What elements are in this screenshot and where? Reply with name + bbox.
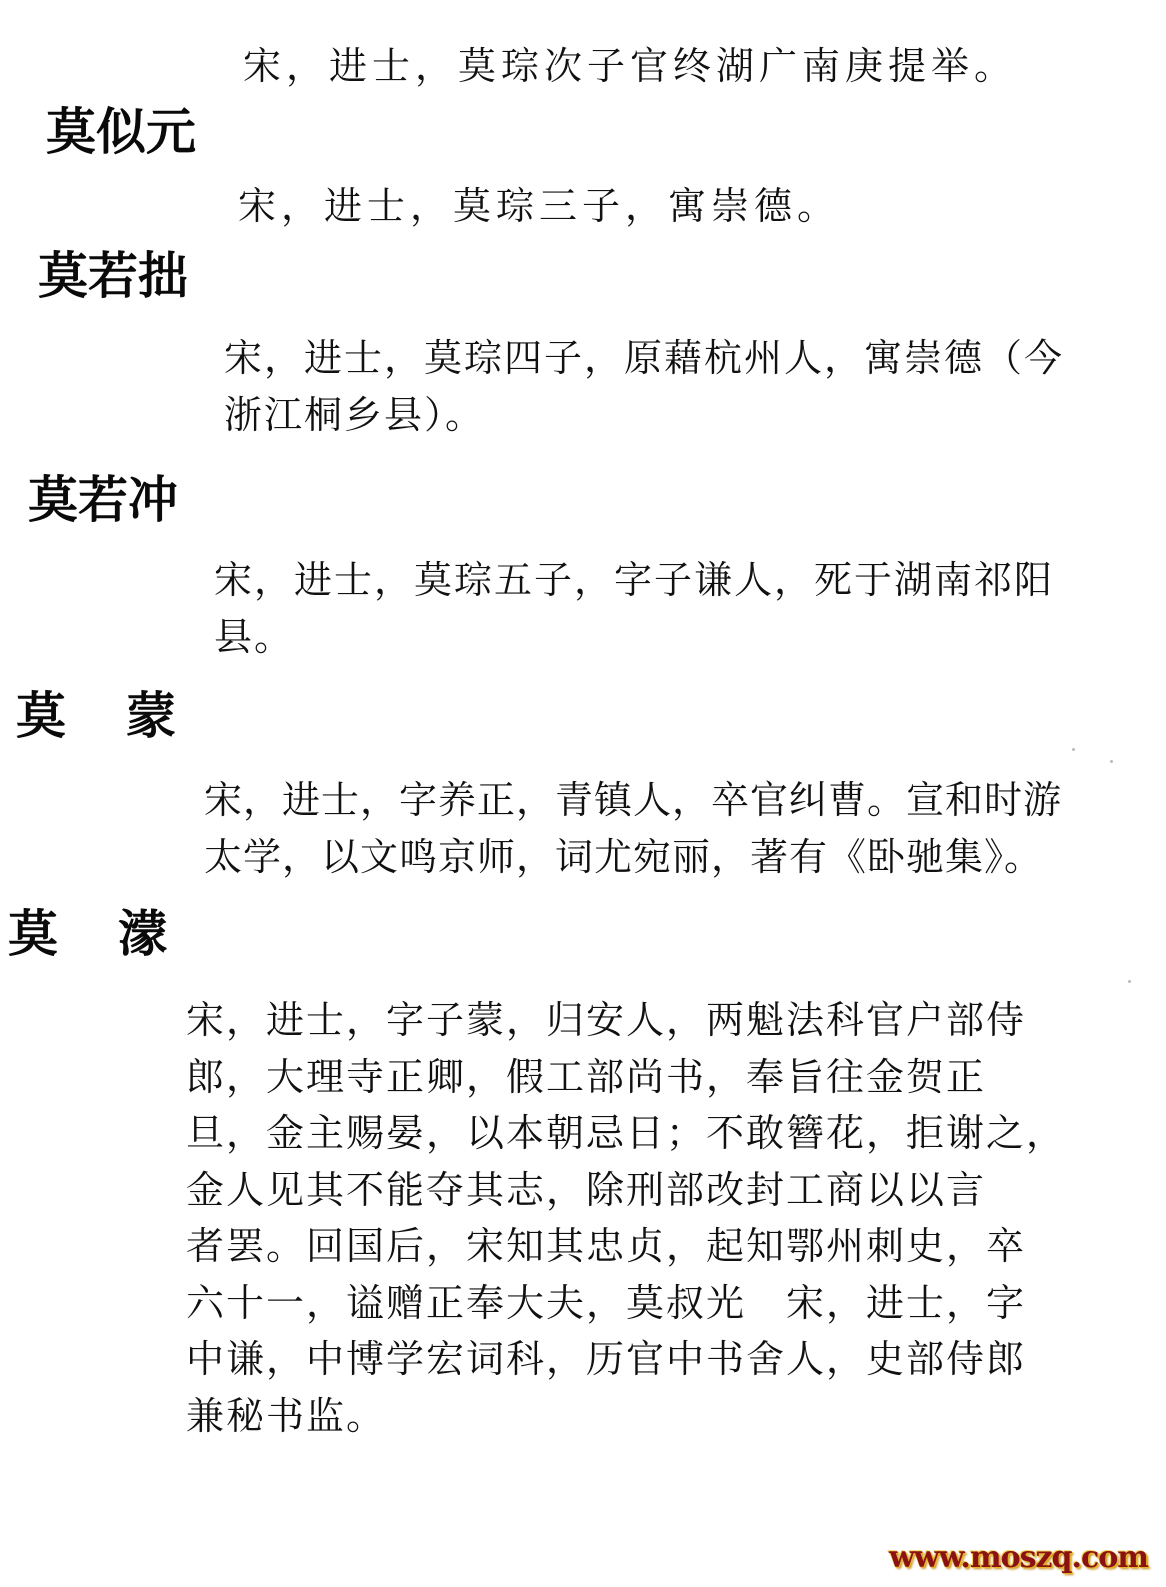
name-text-given: 蒙 — [126, 687, 176, 745]
name-text: 莫似元 — [46, 103, 196, 161]
entry-text-mo-cong-second-son: 宋，进士，莫琮次子官终湖广南庚提举。 — [243, 38, 1017, 95]
entry-line: 宋，进士，字养正，青镇人，卒官纠曹。宣和时游 — [204, 772, 1062, 829]
entry-line: 宋，进士，莫琮次子官终湖广南庚提举。 — [243, 38, 1017, 95]
entry-line: 宋，进士，莫琮三子，寓崇德。 — [238, 178, 840, 235]
entry-text-mo-meng: 宋，进士，字养正，青镇人，卒官纠曹。宣和时游 太学，以文鸣京师，词尤宛丽，著有《… — [204, 772, 1062, 886]
entry-name-mo-meng-2: 莫濛 — [8, 906, 168, 962]
name-text-given: 濛 — [118, 905, 168, 963]
entry-name-mo-ruozhuo: 莫若拙 — [38, 248, 188, 304]
entry-text-mo-ruozhuo: 宋，进士，莫琮四子，原藉杭州人，寓崇德（今 浙江桐乡县）。 — [224, 330, 1064, 444]
entry-name-mo-siyuan: 莫似元 — [46, 104, 196, 160]
entry-line: 宋，进士，字子蒙，归安人，两魁法科官户部侍 — [186, 992, 1066, 1049]
entry-line: 旦，金主赐晏，以本朝忌日；不敢簪花，拒谢之， — [186, 1105, 1066, 1162]
name-text: 莫若拙 — [38, 247, 188, 305]
entry-name-mo-ruochong: 莫若冲 — [28, 472, 178, 528]
name-text-surname: 莫 — [8, 905, 58, 963]
scan-artifact — [1128, 980, 1131, 983]
entry-line: 太学，以文鸣京师，词尤宛丽，著有《卧驰集》。 — [204, 829, 1062, 886]
scan-artifact — [1110, 760, 1113, 763]
entry-line: 金人见其不能夺其志，除刑部改封工商以以言 — [186, 1162, 1066, 1219]
entry-line: 六十一，谥赠正奉大夫，莫叔光 宋，进士，字 — [186, 1275, 1066, 1332]
scan-artifact — [1072, 748, 1075, 751]
entry-line: 宋，进士，莫琮五子，字子谦人，死于湖南祁阳 — [214, 552, 1054, 609]
name-text: 莫若冲 — [28, 471, 178, 529]
entry-text-mo-meng-2: 宋，进士，字子蒙，归安人，两魁法科官户部侍 郎，大理寺正卿，假工部尚书，奉旨往金… — [186, 992, 1066, 1444]
entry-line: 县。 — [214, 609, 1054, 666]
entry-line: 郎，大理寺正卿，假工部尚书，奉旨往金贺正 — [186, 1049, 1066, 1106]
entry-line: 兼秘书监。 — [186, 1388, 1066, 1445]
document-page: 宋，进士，莫琮次子官终湖广南庚提举。 莫似元 宋，进士，莫琮三子，寓崇德。 莫若… — [0, 0, 1166, 1587]
site-watermark: www.moszq.com — [889, 1540, 1148, 1575]
entry-line: 者罢。回国后，宋知其忠贞，起知鄂州刺史，卒 — [186, 1218, 1066, 1275]
entry-text-mo-ruochong: 宋，进士，莫琮五子，字子谦人，死于湖南祁阳 县。 — [214, 552, 1054, 666]
entry-name-mo-meng: 莫蒙 — [16, 688, 176, 744]
entry-line: 宋，进士，莫琮四子，原藉杭州人，寓崇德（今 — [224, 330, 1064, 387]
entry-line: 浙江桐乡县）。 — [224, 387, 1064, 444]
entry-text-mo-siyuan: 宋，进士，莫琮三子，寓崇德。 — [238, 178, 840, 235]
name-text-surname: 莫 — [16, 687, 66, 745]
entry-line: 中谦，中博学宏词科，历官中书舍人，史部侍郎 — [186, 1331, 1066, 1388]
